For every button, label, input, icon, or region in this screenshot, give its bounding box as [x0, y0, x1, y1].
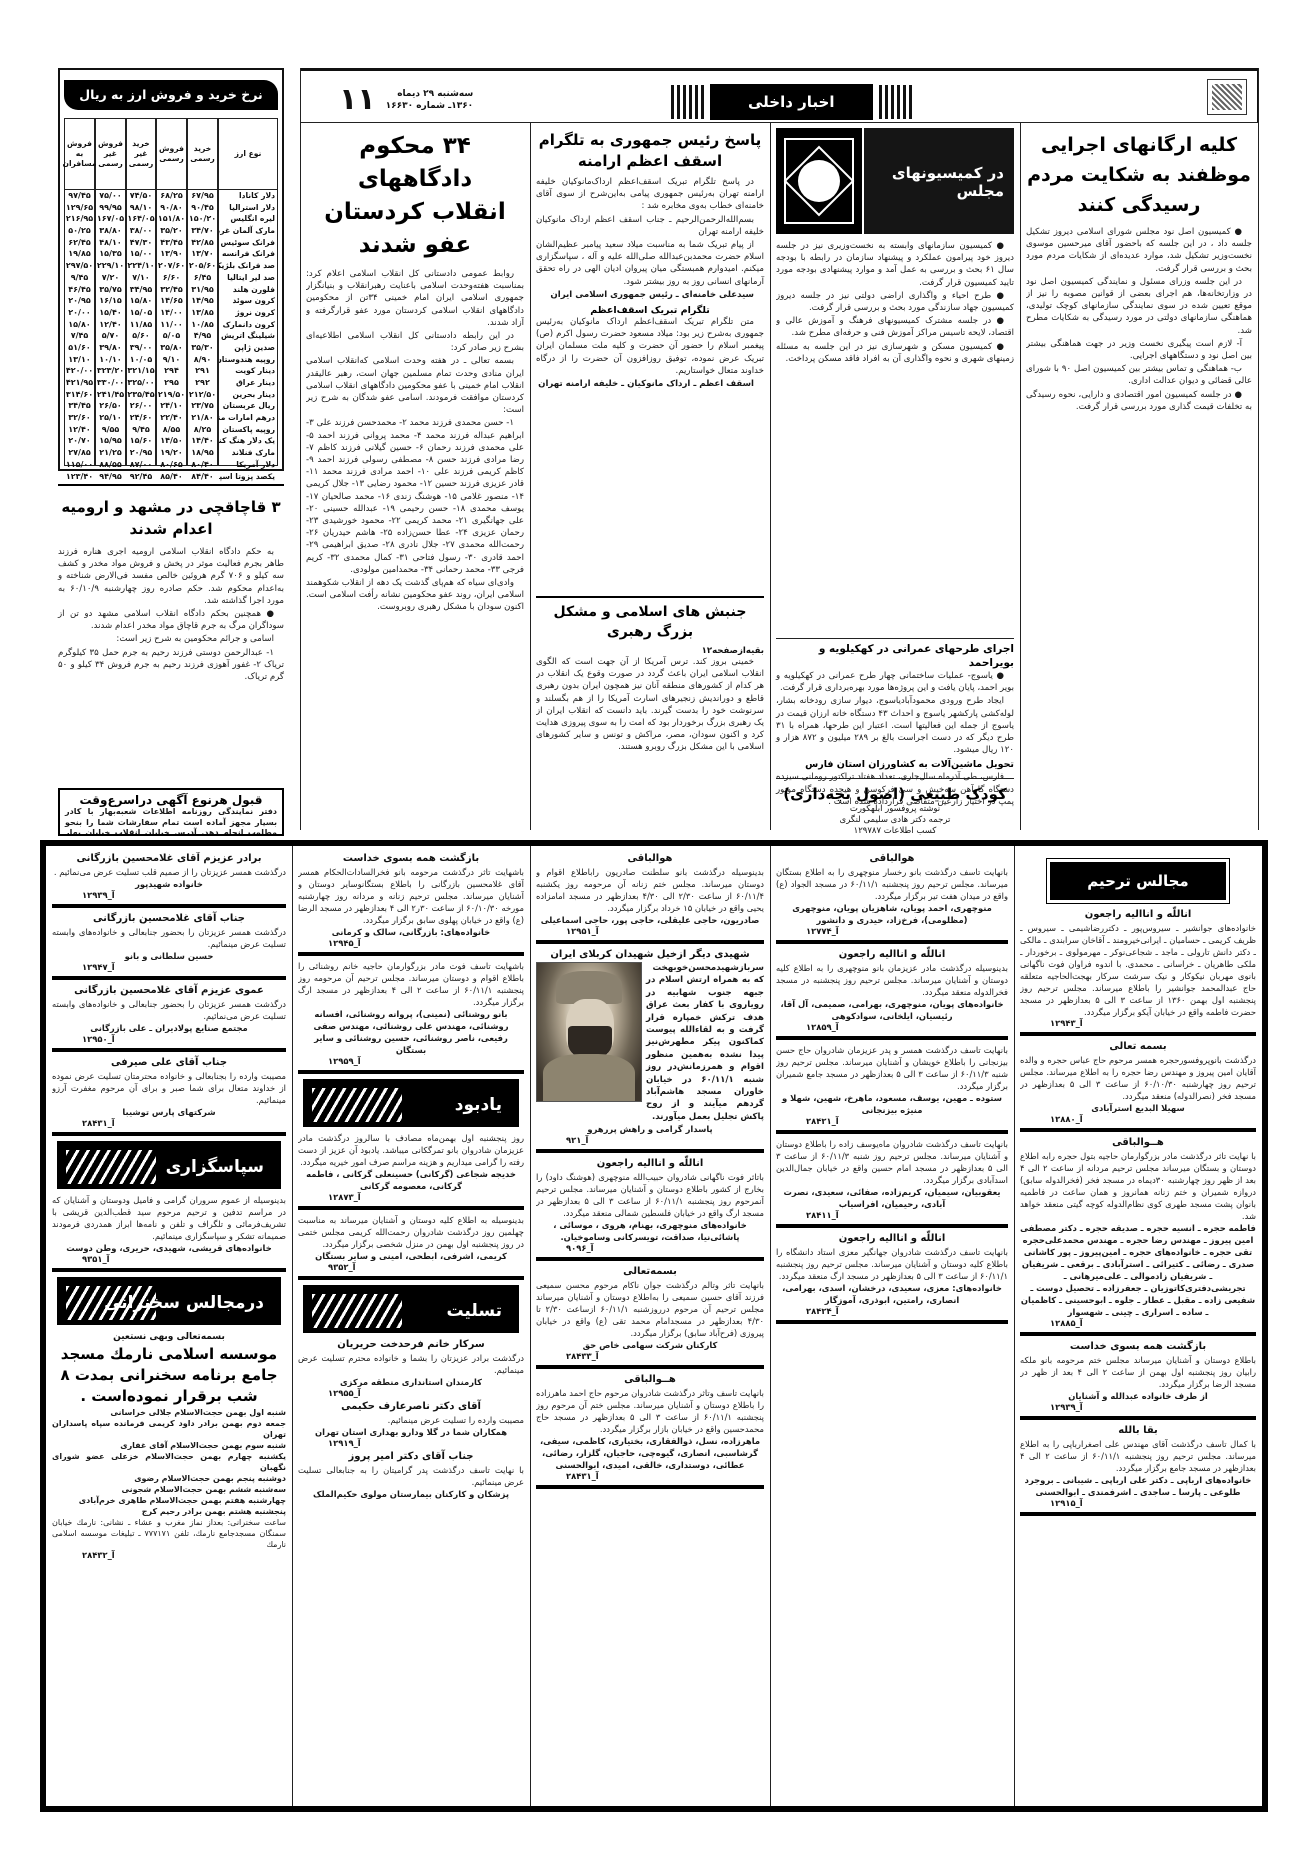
rate-cell: ۹/۴۵ [65, 272, 94, 284]
notice-code: آ_۱۲۹۴۵ [298, 938, 524, 948]
rate-cell: ۱۴/۴۰ [188, 435, 217, 447]
notice: هــوالباقیبا نهایت تاثر درگذشت مادر بزرگ… [1020, 1136, 1256, 1328]
notice-body: بدینوسیله به اطلاع کلیه دوستان و آشنایان… [298, 1214, 524, 1250]
headline-line: کلیه ارگانهای اجرایی [1026, 130, 1252, 160]
notice-title: بازگشت همه بسوی خداست [298, 852, 524, 866]
notice-title: اناللّه و اناالیه راجعون [1020, 908, 1256, 922]
notice-signature: فاطمه حجره ـ انسیه حجره ـ صدیقه حجره ـ د… [1020, 1222, 1256, 1318]
section-banner: تسلیت [304, 1286, 518, 1332]
table-header: نوع ارز [218, 118, 278, 190]
section-banner: سپاسگزاری [58, 1142, 280, 1188]
paragraph: بسم‌الله‌الرحمن‌الرحیم ـ جناب اسقف اعظم … [536, 214, 764, 238]
notice-title: عموی عزیزم آقای غلامحسین بازرگانی [52, 984, 286, 998]
ad-divider [298, 1206, 524, 1210]
section-header: اخبار داخلی [671, 83, 951, 121]
rate-cell: ۱۰/۰۵ [127, 354, 155, 366]
rate-cell: ۱۵/۸۰ [127, 295, 155, 307]
article-body: متن تلگرام تبریک اسقف‌اعظم ارداک مانوکیا… [536, 316, 764, 390]
notice: باشهایت تاسف فوت مادر بزرگوارمان حاجیه خ… [298, 960, 524, 1066]
section-rule [536, 596, 764, 598]
rate-cell: ۳۴/۹۵ [127, 284, 155, 296]
article-islamic-movements: جنبش های اسلامی و مشکل بزرگ رهبری بقیه‌ا… [536, 602, 764, 824]
schedule-item: چهارشنبه هفتم بهمن حجت‌الاسلام طاهری خرم… [52, 1495, 286, 1506]
notice-body: باشهایت تاسف فوت مادر بزرگوارمان حاجیه خ… [298, 960, 524, 1008]
currency-rates-table: نوع ارز خرید رسمی فروش رسمی خرید غیر رسم… [64, 118, 278, 466]
rate-cell: ۲۶/۰۰ [127, 400, 155, 412]
notice: بقا باللهبا کمال تاسف درگذشت آقای مهندس … [1020, 1424, 1256, 1508]
paragraph: به حکم دادگاه انقلاب اسلامی ارومیه اجری … [58, 546, 284, 607]
rate-cell: ۳۵/۸۰ [157, 342, 186, 354]
book-title: کودک طبیعی (اصول بچه‌داری) [776, 784, 1014, 804]
ad-divider [52, 904, 286, 908]
notice-title: سرکار خانم فرحدخت حریریان [298, 1338, 524, 1352]
notice: اناللّه و اناالیه راجعونبدینوسیله درگذشت… [776, 948, 1008, 1032]
rate-cell: ۱۴/۵۰ [157, 435, 186, 447]
currency-name: دینار بحرین [219, 389, 277, 401]
notice-body: درگذشت همسر عزیزتان را بحضور جنابعالی و … [52, 998, 286, 1022]
notice: بسمه‌تعالیبانهایت تاثر وتالم درگذشت جوان… [536, 1265, 764, 1361]
rate-cell: ۲۰/۷۰ [65, 435, 94, 447]
rate-cell: ۳۳۰/۰۰ [96, 377, 125, 389]
rate-cell: ۲۴/۱۰ [157, 400, 186, 412]
notice-signature: کارکنان شرکت سهامی خاص حق [536, 1339, 764, 1351]
notice-signature: خانواده‌های: معزی، سعیدی، درخشان، اسدی، … [776, 1282, 1008, 1306]
notice-body: بانهایت تاثر وتالم درگذشت جوان ناکام مرح… [536, 1279, 764, 1339]
notice: جناب آقای علی صیرفیمصیبت وارده را بجنابع… [52, 1056, 286, 1128]
ads-column-2: بازگشت همه بسوی خداستباشهایت تاثر درگذشت… [298, 852, 524, 1804]
rate-cell: ۱۲۹/۶۵ [65, 202, 94, 214]
notice: بانهایت تاسف درگذشت همسر و پدر عزیزمان ش… [776, 1044, 1008, 1126]
rate-cell: ۵۰/۲۵ [65, 225, 94, 237]
rate-cell: ۳۵/۷۵ [96, 284, 125, 296]
notice-title: اناللّه و اناالیه راجعون [776, 1232, 1008, 1246]
decorative-bars [671, 85, 704, 119]
rate-cell: ۲۴/۶۰ [127, 412, 155, 424]
ad-divider [536, 1149, 764, 1153]
rate-cell: ۱۵/۰۰ [127, 248, 155, 260]
rate-cell: ۷/۴۵ [65, 330, 94, 342]
rate-cell: ۳۹/۰۰ [127, 342, 155, 354]
rate-cell: ۴۳/۴۵ [157, 237, 186, 249]
currency-name: یکصد پزوتا اسپانیا [219, 471, 277, 483]
table-header: خرید غیر رسمی [126, 118, 156, 190]
ads-column-1: برادر عزیزم آقای غلامحسین بازرگانیدرگذشت… [52, 852, 286, 1804]
notice-title: جناب آقای علی صیرفی [52, 1056, 286, 1070]
rate-cell: ۱۶۴/۰۵ [127, 213, 155, 225]
paragraph: خمینی بروز کند. ترس آمریکا از آن جهت است… [536, 656, 764, 754]
rate-cell: ۱۰/۱۰ [96, 354, 125, 366]
rate-cell: ۱۵/۶۰ [127, 435, 155, 447]
rate-cell: ۲۲/۴۰ [157, 412, 186, 424]
notice-signature: صادریون، حاجی علیقلی، حاجی پور، حاجی اسم… [536, 914, 764, 926]
notice-signature: خانواده‌های قریشی، شهیدی، حریری، وطن دوس… [52, 1242, 286, 1254]
ad-divider [52, 976, 286, 980]
article-body: ● یاسوج- عملیات ساختمانی چهار طرح عمرانی… [776, 670, 1014, 756]
headline-line: رسیدگی کنند [1026, 190, 1252, 220]
article-majles-commissions: ● کمیسیون سازمانهای وابسته به نخست‌وزیری… [776, 240, 1014, 632]
sub-headline: اجرای طرحهای عمرانی در کهکیلویه و بویراح… [776, 642, 1014, 670]
notice-code: آ_۱۲۹۵۰ [52, 1034, 286, 1044]
rate-cell: ۲۰/۹۵ [127, 447, 155, 459]
rate-cell: ۲۱/۸۰ [188, 412, 217, 424]
currency-name: مارک آلمان غربی [219, 225, 277, 237]
article-body: در پاسخ تلگرام تبریک اسقف‌اعظم ارداک‌مان… [536, 176, 764, 301]
ad-notice: قبول هرنوع آگهی دراسرع‌وقت دفتر نمایندگی… [58, 788, 284, 836]
column-rule [770, 846, 771, 1806]
headline-line: ۳۴ محکوم دادگاههای [306, 130, 524, 196]
majles-banner: در کمیسیونهای مجلس [776, 128, 1014, 234]
banner-label: سپاسگزاری [166, 1144, 264, 1190]
notice-code: آ_۱۲۹۱۵ [1020, 1498, 1256, 1508]
currency-name: کرون نروژ [219, 307, 277, 319]
ad-divider [298, 1070, 524, 1074]
notice-code: آ_۲۸۴۳۲ [52, 1550, 286, 1560]
notice-signature: خانواده‌های منوچهری، بهنام، هروی ، موسائ… [536, 1219, 764, 1243]
rate-cell: ۷۴/۵۰ [127, 190, 155, 202]
rate-cell: ۳۱/۹۵ [188, 284, 217, 296]
rate-cell: ۱۴/۹۵ [188, 295, 217, 307]
rate-cell: ۱۵/۹۵ [96, 435, 125, 447]
currency-name: یک دلار هنگ کنگ [219, 435, 277, 447]
rate-cell: ۸۰/۴۰ [188, 459, 217, 471]
rate-cell: ۲۱۹/۵۰ [157, 389, 186, 401]
notice-title: هوالباقی [536, 852, 764, 866]
rate-cell: ۲۱/۲۵ [96, 447, 125, 459]
ad-divider [776, 1320, 1008, 1324]
column-rule [1258, 68, 1259, 830]
schedule-item: یکشنبه چهارم بهمن حجت‌الاسلام خزعلی عضو … [52, 1451, 286, 1473]
currency-name: صد فرانک بلژیک [219, 260, 277, 272]
lecture-subtitle: بسمه‌تعالی وبهی نستعین [52, 1330, 286, 1344]
banner-title: در کمیسیونهای مجلس [864, 164, 1004, 200]
notice-signature: همکاران شما در گلا ودارو بهداری استان ته… [298, 1426, 524, 1438]
striped-decoration-icon [312, 1294, 402, 1328]
notice: هوالباقیبدینوسیله درگذشت بانو سلطنت صادر… [536, 852, 764, 936]
rate-cell: ۸/۵۵ [157, 424, 186, 436]
striped-decoration-icon [66, 1150, 156, 1184]
notice: سرکار خانم فرحدخت حریریاندرگذشت برادر عز… [298, 1338, 524, 1398]
ad-divider [298, 1276, 524, 1280]
headline-line: جنبش های اسلامی و مشکل [536, 602, 764, 622]
notice-signature: خانواده‌های: بازرگانی، سالک و کرمانی [298, 926, 524, 938]
notice-title: بقا بالله [1020, 1424, 1256, 1438]
notice-signature: حسین سلطانی و بانو [52, 950, 286, 962]
article-kurdistan-pardon: ۳۴ محکوم دادگاههای انقلاب کردستان عفو شد… [306, 130, 524, 850]
rate-cell: ۴۲۱/۹۵ [65, 377, 94, 389]
rate-cell: ۱۲/۴۰ [96, 319, 125, 331]
headline-line: ۳ قاچاقچی در مشهد و ارومیه [58, 496, 284, 518]
rate-cell: ۱۲/۴۰ [65, 424, 94, 436]
notice: اناللّه و اناالیه راجعونبانهایت تاسف درگ… [776, 1232, 1008, 1316]
paragraph: بسمه تعالی ـ در هفته وحدت اسلامی که‌انقل… [306, 355, 524, 416]
notice-signature: خانواده‌های ارباپی ـ دکتر علی ارباپی ـ ش… [1020, 1474, 1256, 1498]
notice-code: آ_۲۸۴۳۳ [536, 1351, 764, 1361]
currency-name: کرون دانمارک [219, 319, 277, 331]
notice: بانهایت تاسف درگذشت شادروان ماه‌یوسف زاد… [776, 1138, 1008, 1220]
currency-name: فرانک سوئیس [219, 237, 277, 249]
schedule-item: پنجشنبه هشتم بهمن برادر رحیم کرج [52, 1506, 286, 1517]
rate-cell: ۳۸/۰۰ [127, 225, 155, 237]
rate-cell: ۶/۶۰ [157, 272, 186, 284]
rate-cell: ۱۶۷/۰۵ [96, 213, 125, 225]
notice-signature: خانواده شهیدپور [52, 878, 286, 890]
notice-title: آقای دکتر ناصرعارف حکیمی [298, 1400, 524, 1414]
rate-cell: ۱۸/۹۵ [188, 447, 217, 459]
notice-body: بانهایت تاسف درگذشت شادروان جهانگیر معزی… [776, 1246, 1008, 1282]
issue-line: ۱۳۶۰ـ شماره ۱۶۶۳۰ [386, 100, 474, 112]
notice-code: آ_۲۸۴۳۱ [52, 1118, 286, 1128]
rate-cell: ۳۱۴/۶۰ [65, 389, 94, 401]
notice: جناب آقای دکتر امیر پروزبا نهایت تاسف در… [298, 1450, 524, 1500]
rate-cell: ۳۴/۴۵ [65, 400, 94, 412]
rate-cell: ۹۹/۹۵ [96, 202, 125, 214]
notice: اناللّه و اناالیه راجعونباتاثر فوت ناگها… [536, 1157, 764, 1253]
rate-cell: ۲۳۵/۴۵ [127, 389, 155, 401]
rate-cell: ۱۵۰/۲۰ [188, 213, 217, 225]
rate-cell: ۳۵/۳۰ [188, 342, 217, 354]
lecture-footer: ساعت سخنرانی: بعداز نماز مغرب و عشاء ـ ن… [52, 1517, 286, 1550]
notice-title: جناب آقای غلامحسین بازرگانی [52, 912, 286, 926]
notice: آقای دکتر ناصرعارف حکیمیمصیبت وارده را ت… [298, 1400, 524, 1448]
notice-title: شهیدی دیگر ازخیل شهیدان کربلای ایران [536, 948, 764, 962]
rate-cell: ۶/۴۵ [188, 272, 217, 284]
rate-cell: ۲۷/۸۵ [65, 447, 94, 459]
book-code: کسب اطلاعات ۱۲۹۷۸۷ [776, 826, 1014, 837]
rate-cell: ۹/۴۵ [127, 424, 155, 436]
traveler-sell-column: ۹۷/۴۵۱۲۹/۶۵۲۱۶/۹۵۵۰/۲۵۶۲/۴۵۱۹/۸۵۲۹۷/۵۰۹/… [64, 190, 95, 466]
notice-code: آ_۲۸۴۱۱ [776, 1210, 1008, 1220]
notice-body: مصیبت وارده را بجنابعالی و خانواده محترم… [52, 1070, 286, 1106]
paragraph: ● در جلسه مشترک کمیسیونهای فرهنگ و آموزش… [776, 315, 1014, 339]
ad-divider [536, 1257, 764, 1261]
notice: هــوالباقیبانهایت تاسف وتاثر درگذشت شادر… [536, 1373, 764, 1481]
banner-label: تسلیت [446, 1288, 502, 1334]
rate-cell: ۲۱۶/۹۵ [65, 213, 94, 225]
notice-code: آ_۲۸۴۳۱ [536, 1471, 764, 1481]
paragraph: ● یاسوج- عملیات ساختمانی چهار طرح عمرانی… [776, 670, 1014, 694]
notice: بسمه تعالیدرگذشت بانوپروفسورحجره همسر مر… [1020, 1040, 1256, 1124]
notice-code: آ_۱۲۸۸۰ [1020, 1114, 1256, 1124]
rate-cell: ۵/۷۰ [96, 330, 125, 342]
table-header: خرید رسمی [187, 118, 218, 190]
rate-cell: ۶۷/۹۵ [188, 190, 217, 202]
rate-cell: ۴۸/۱۰ [96, 237, 125, 249]
notice-signature: ماهرزاده، نسل، ذوالفقاری، بختیاری، کاظمی… [536, 1435, 764, 1471]
rate-cell: ۳۹/۸۰ [96, 342, 125, 354]
notice-body: درگذشت همسر عزیزتان را از صمیم قلب تسلیت… [52, 866, 286, 878]
rate-cell: ۹۷/۴۵ [65, 190, 94, 202]
ad-divider [1020, 1032, 1256, 1036]
notice-body: باطلاع دوستان و آشنایان میرساند مجلس ختم… [1020, 1354, 1256, 1390]
rate-cell: ۱۵۱/۸۰ [157, 213, 186, 225]
notice-body: با نهایت تاثر درگذشت مادر بزرگوارمان حاج… [1020, 1150, 1256, 1222]
newspaper-page: اخبار داخلی ۱۱ سه‌شنبه ۲۹ دیماه ۱۳۶۰ـ شم… [0, 0, 1300, 1856]
striped-decoration-icon [312, 1088, 402, 1122]
article-headline: کلیه ارگانهای اجرایی موظفند به شکایت مرد… [1026, 130, 1252, 220]
rate-cell: ۲۰/۰۰ [65, 307, 94, 319]
section-rule [776, 638, 1014, 639]
unofficial-sell-column: ۷۵/۰۰۹۹/۹۵۱۶۷/۰۵۳۸/۸۰۴۸/۱۰۱۵/۳۵۲۲۹/۱۰۷/۲… [95, 190, 126, 466]
currency-name: دینار کویت [219, 365, 277, 377]
rate-cell: ۹/۵۵ [96, 424, 125, 436]
martyr-notice: شهیدی دیگر ازخیل شهیدان کربلای ایرانسربا… [536, 948, 764, 1145]
rate-cell: ۸۴/۴۰ [188, 471, 217, 483]
ad-divider [52, 1132, 286, 1136]
notice-title: جناب آقای دکتر امیر پروز [298, 1450, 524, 1464]
notice-signature: پاسدار گرامی و راهش پررهرو [536, 1123, 764, 1135]
rate-cell: ۸/۲۵ [188, 424, 217, 436]
notice-signature: خدیجه شجاعی (گرکانی) حسینعلی گرکانی ، فا… [298, 1168, 524, 1192]
rate-cell: ۲۵/۱۰ [96, 412, 125, 424]
paragraph: ● در جلسه کمیسیون امور اقتصادی و دارایی،… [1026, 389, 1252, 413]
notice-title: بسمه تعالی [1020, 1040, 1256, 1054]
currency-name: صدین ژاپن [219, 342, 277, 354]
section-rule [58, 484, 284, 486]
notice: برادر عزیزم آقای غلامحسین بازرگانیدرگذشت… [52, 852, 286, 900]
notice-signature: ستوده ـ مهین، یوسف، مسعود، ماهرخ، شهین، … [776, 1092, 1008, 1116]
rate-cell: ۲۲۹/۱۰ [96, 260, 125, 272]
rate-cell: ۳۲/۴۵ [157, 284, 186, 296]
notice-body: بدینوسیله از عموم سروران گرامی و فامیل و… [52, 1194, 286, 1242]
headline-line: پاسخ رئیس جمهوری به تلگرام [536, 130, 764, 151]
notice-title: اناللّه و اناالیه راجعون [536, 1157, 764, 1171]
paragraph: متن تلگرام تبریک اسقف‌اعظم ارداک مانوکیا… [536, 316, 764, 377]
section-banner: درمجالس سخنرانی [58, 1278, 280, 1324]
ads-column-5: مجالس ترحیماناللّه و اناالیه راجعونخانوا… [1020, 852, 1256, 1804]
headline-line: اعدام شدند [58, 518, 284, 540]
notice-code: آ_۱۲۸۷۳ [298, 1192, 524, 1202]
ad-divider [1020, 1332, 1256, 1336]
notice-code: آ_۲۸۴۲۱ [776, 1116, 1008, 1126]
rate-cell: ۱۵/۳۵ [96, 248, 125, 260]
sub-headline: تحویل ماشین‌آلات به کشاورزان استان فارس [776, 758, 1014, 771]
rate-cell: ۱۳/۸۵ [188, 307, 217, 319]
rate-cell: ۲۹۷/۵۰ [65, 260, 94, 272]
column-rule [530, 846, 531, 1806]
notice-body: با کمال تاسف درگذشت آقای مهندس علی اصغرا… [1020, 1438, 1256, 1474]
official-buy-column: ۶۷/۹۵۹۰/۴۵۱۵۰/۲۰۳۴/۷۰۴۲/۸۵۱۳/۷۰۲۰۵/۶۰۶/۴… [187, 190, 218, 466]
notice-body: روز پنجشنبه اول بهمن‌ماه مصادف با سالروز… [298, 1132, 524, 1168]
paragraph: ● همچنین بحکم دادگاه انقلاب اسلامی مشهد … [58, 608, 284, 632]
headline-line: انقلاب کردستان [306, 196, 524, 229]
rate-cell: ۴۶/۴۵ [65, 284, 94, 296]
paragraph: ۱- عبدالرحمن دوستی فرزند رحیم به جرم حمل… [58, 647, 284, 684]
currency-name: کرون سوئد [219, 295, 277, 307]
currency-name: صد لیر ایتالیا [219, 272, 277, 284]
paragraph: ● کمیسیون اصل نود مجلس شورای اسلامی دیرو… [1026, 226, 1252, 275]
paragraph: ● کمیسیون مسکن و شهرسازی نیز در این جلسه… [776, 341, 1014, 365]
signature: سیدعلی خامنه‌ای ـ رئیس جمهوری اسلامی ایر… [536, 289, 764, 301]
notice-code: آ_۹۰۹۶ [536, 1243, 764, 1253]
notice: بدینوسیله به اطلاع کلیه دوستان و آشنایان… [298, 1214, 524, 1272]
article-body: خمینی بروز کند. ترس آمریکا از آن جهت است… [536, 656, 764, 824]
rate-cell: ۹۲/۴۵ [127, 471, 155, 483]
ad-divider [776, 1224, 1008, 1228]
notice-title: برادر عزیزم آقای غلامحسین بازرگانی [52, 852, 286, 866]
rate-cell: ۴۲/۸۵ [188, 237, 217, 249]
ad-divider [1020, 1128, 1256, 1132]
ad-divider [52, 1048, 286, 1052]
paragraph: آ- لازم است پیگیری نخست وزیر در جهت هماه… [1026, 338, 1252, 362]
ad-notice-body: دفتر نمایندگی روزنامه اطلاعات شعبه‌بهار … [65, 807, 277, 836]
rate-cell: ۶۲/۴۵ [65, 237, 94, 249]
ad-divider [52, 1268, 286, 1272]
ad-divider [536, 1485, 764, 1489]
currency-name: روپیه پاکستان [219, 424, 277, 436]
notice-body: با نهایت تاسف درگذشت پدر گرامیتان را به … [298, 1464, 524, 1488]
paragraph: در این جلسه وزرای مسئول و نمایندگی کمیسی… [1026, 276, 1252, 337]
banner-label: یادبود [455, 1082, 502, 1128]
notice-body: درگذشت بانوپروفسورحجره همسر مرحوم حاج عب… [1020, 1054, 1256, 1102]
paragraph: وادی‌ای سیاه که هم‌پای گذشت یک دهه از ان… [306, 577, 524, 614]
official-sell-column: ۶۸/۲۵۹۰/۸۰۱۵۱/۸۰۳۵/۲۰۴۳/۴۵۱۳/۹۰۲۰۷/۶۰۶/۶… [156, 190, 187, 466]
article-grievances: کلیه ارگانهای اجرایی موظفند به شکایت مرد… [1026, 130, 1252, 822]
notice-title: هوالباقی [776, 852, 1008, 866]
section-rule [776, 778, 1014, 779]
rate-cell: ۱۳/۹۰ [157, 248, 186, 260]
article-headline: پاسخ رئیس جمهوری به تلگرام اسقف اعظم ارا… [536, 130, 764, 172]
paragraph: ب- هماهنگی و تماس بیشتر بین کمیسیون اصل … [1026, 363, 1252, 387]
section-title: اخبار داخلی [710, 84, 873, 120]
rate-cell: ۲۴۱/۴۵ [96, 389, 125, 401]
article-body: به حکم دادگاه انقلاب اسلامی ارومیه اجری … [58, 546, 284, 683]
table-header: فروش به مسافران [64, 118, 95, 190]
issue-info: ۱۱ سه‌شنبه ۲۹ دیماه ۱۳۶۰ـ شماره ۱۶۶۳۰ [339, 85, 473, 115]
unofficial-buy-column: ۷۴/۵۰۹۸/۱۰۱۶۴/۰۵۳۸/۰۰۴۷/۳۰۱۵/۰۰۲۲۴/۱۰۷/۱… [126, 190, 156, 466]
notice: روز پنجشنبه اول بهمن‌ماه مصادف با سالروز… [298, 1132, 524, 1202]
banner-label: درمجالس سخنرانی [104, 1280, 264, 1326]
article-body: ● کمیسیون اصل نود مجلس شورای اسلامی دیرو… [1026, 226, 1252, 822]
column-rule [300, 68, 301, 830]
rate-cell: ۲۲۴/۱۰ [127, 260, 155, 272]
paragraph: از پیام تبریک شما به مناسبت میلاد سعید پ… [536, 239, 764, 288]
notice-title: هــوالباقی [1020, 1136, 1256, 1150]
martyr-row: سربازشهیدمحسن‌خوبهخت که به همراه ارتش اس… [536, 962, 764, 1123]
schedule-item: دوشنبه پنجم بهمن حجت‌الاسلام رضوی [52, 1473, 286, 1484]
currency-name: ریال عربستان [219, 400, 277, 412]
banner-label: مجالس ترحیم [1087, 872, 1188, 890]
rate-cell: ۷۵/۰۰ [96, 190, 125, 202]
paragraph: در این رابطه دادستانی کل انقلاب اسلامی ا… [306, 330, 524, 354]
ad-divider [536, 1365, 764, 1369]
notice-signature: کریمی، اشرفی، ابطحی، امینی و سایر بستگان [298, 1250, 524, 1262]
rate-cell: ۱۱/۰۰ [157, 319, 186, 331]
notice: بدینوسیله از عموم سروران گرامی و فامیل و… [52, 1194, 286, 1264]
column-rule [292, 846, 293, 1806]
rate-cell: ۱۳/۱۰ [65, 354, 94, 366]
ad-notice-title: قبول هرنوع آگهی دراسرع‌وقت [65, 793, 277, 807]
rate-cell: ۹۰/۴۵ [188, 202, 217, 214]
notice: جناب آقای غلامحسین بازرگانیدرگذشت همسر ع… [52, 912, 286, 972]
page-number: ۱۱ [339, 85, 376, 115]
rate-cell: ۲۹۱ [188, 365, 217, 377]
rate-cell: ۳۲۵/۰۰ [127, 377, 155, 389]
article-body: ● کمیسیون سازمانهای وابسته به نخست‌وزیری… [776, 240, 1014, 632]
headline-line: بزرگ رهبری [536, 622, 764, 642]
notice-body: درگذشت همسر عزیزتان را بحضور جنابعالی و … [52, 926, 286, 950]
rate-cell: ۱۳/۷۰ [188, 248, 217, 260]
headline-line: موظفند به شکایت مردم [1026, 160, 1252, 190]
rate-cell: ۹۰/۸۰ [157, 202, 186, 214]
ad-divider [776, 940, 1008, 944]
notice-code: آ_۱۲۹۵۱ [536, 926, 764, 936]
notice-code: آ_۱۲۹۳۹ [52, 890, 286, 900]
notice-signature: یعقوبیان، سیمیان، کریم‌زاده، صفائی، سعید… [776, 1186, 1008, 1210]
notice-signature: بانو روشنائی (نمینی)، پروانه روشنائی، اف… [298, 1008, 524, 1056]
currency-name-column: دلار کانادادلار استرالیالیره انگلیسمارک … [218, 190, 278, 466]
rate-cell: ۱۵/۴۰ [96, 307, 125, 319]
notice-body: بانهایت تاسف درگذشت شادروان ماه‌یوسف زاد… [776, 1138, 1008, 1186]
